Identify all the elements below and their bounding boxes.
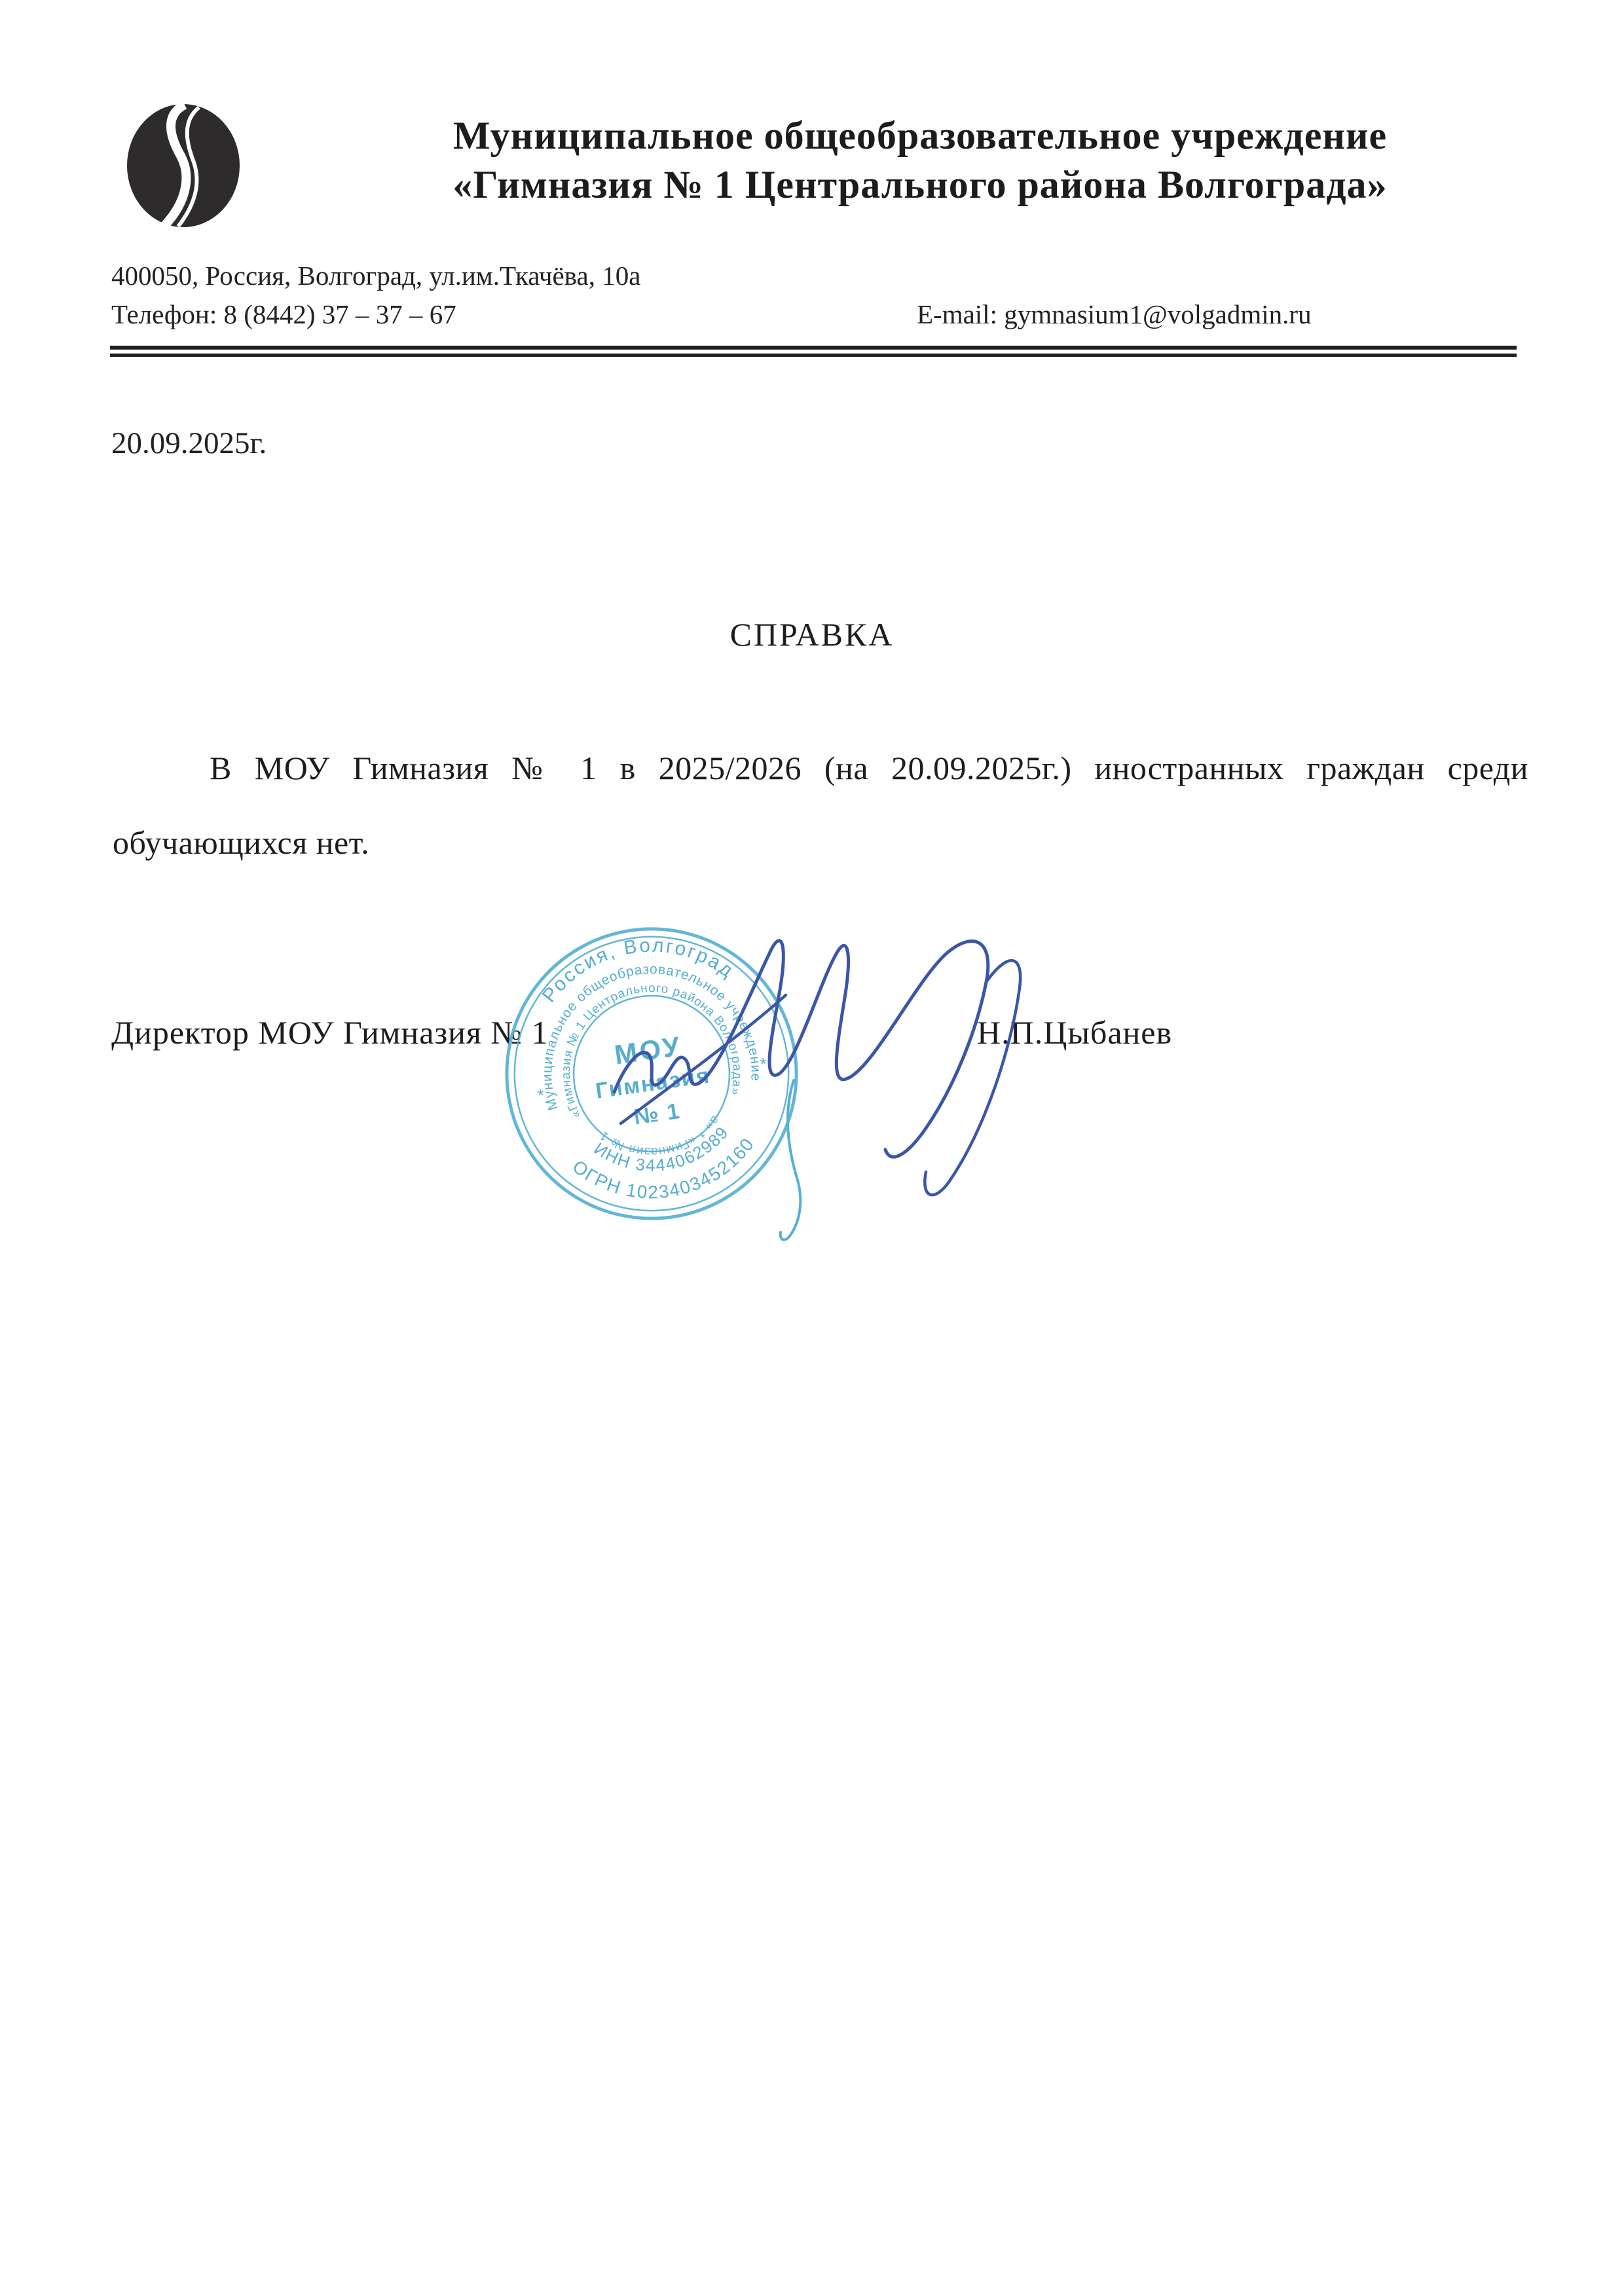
- signature-tail-stroke: [925, 960, 1020, 1195]
- signature-main-stroke: [614, 941, 988, 1157]
- body-text-line2: обучающихся нет.: [113, 824, 369, 862]
- signature-flourish-stroke: [781, 1080, 801, 1240]
- letterhead: Муниципальное общеобразовательное учрежд…: [341, 111, 1500, 210]
- signature-cross-stroke: [621, 995, 786, 1123]
- school-logo: [126, 102, 241, 229]
- document-page: Муниципальное общеобразовательное учрежд…: [0, 0, 1624, 2296]
- org-email: E-mail: gymnasium1@volgadmin.ru: [917, 299, 1312, 330]
- document-date: 20.09.2025г.: [111, 426, 267, 461]
- director-signature: [576, 890, 1080, 1264]
- org-name-line2: «Гимназия № 1 Центрального района Волгог…: [341, 160, 1500, 210]
- org-address: 400050, Россия, Волгоград, ул.им.Ткачёва…: [111, 259, 640, 292]
- body-text-line1: В МОУ Гимназия № 1 в 2025/2026 (на 20.09…: [113, 749, 1528, 787]
- header-divider: [110, 346, 1517, 357]
- org-name-line1: Муниципальное общеобразовательное учрежд…: [341, 111, 1500, 160]
- document-title: СПРАВКА: [0, 615, 1624, 653]
- signature-label: Директор МОУ Гимназия № 1: [111, 1013, 549, 1051]
- org-phone: Телефон: 8 (8442) 37 – 37 – 67: [111, 299, 456, 330]
